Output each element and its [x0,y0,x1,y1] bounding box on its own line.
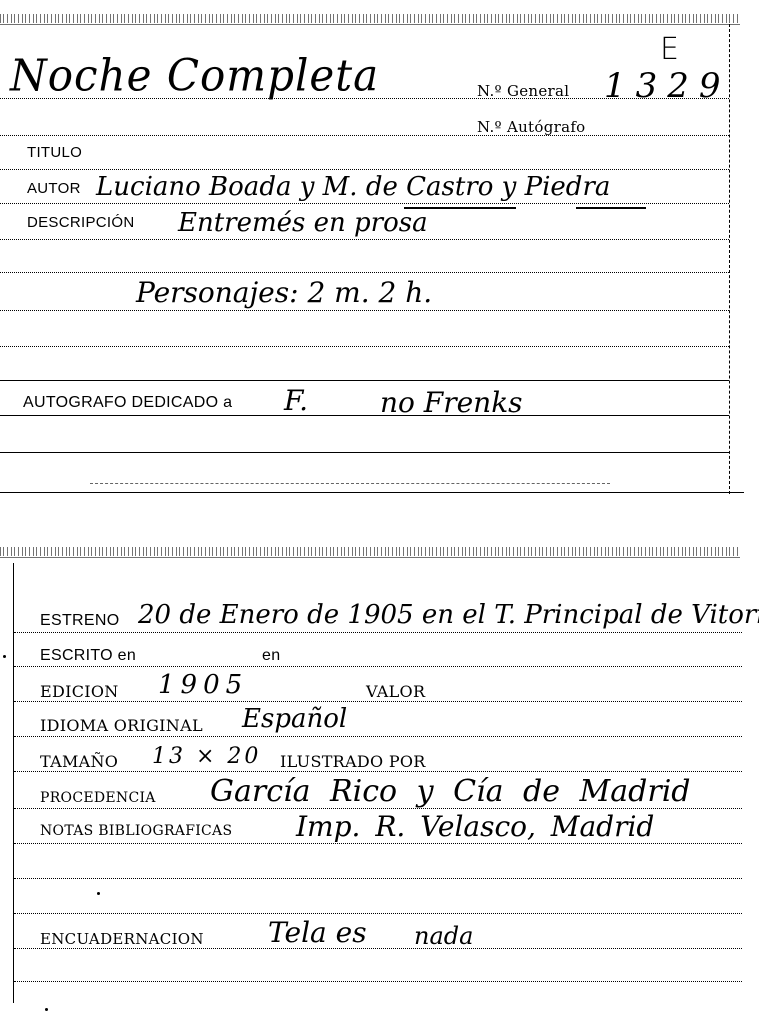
edicion-value: 1905 [158,670,248,700]
autografo-value-1: F. [284,384,308,417]
tamano-rule [14,771,742,772]
general-number-value: 1329 [604,66,731,106]
tamano-label: TAMAÑO [40,752,118,771]
scan-noise-bottom-edge [0,547,740,556]
estreno-value: 20 de Enero de 1905 en el T. Principal d… [138,600,759,630]
edicion-label: EDICION [40,682,119,701]
autor-label: AUTOR [27,180,81,197]
idioma-value: Español [242,704,347,734]
autografo-rule [0,415,729,416]
autor-underline-piedra [576,207,646,209]
escrito-en-label: en [262,647,280,665]
encuadernacion-label: ENCUADERNACION [40,930,204,948]
estreno-label: ESTRENO [40,612,119,630]
personajes-value: Personajes: 2 m. 2 h. [136,276,432,309]
blank-rule-5 [90,483,610,484]
descripcion-value: Entremés en prosa [178,208,428,238]
blank-rule-2 [0,346,729,347]
autograph-rule [0,135,729,136]
procedencia-value: García Rico y Cía de Madrid [210,774,691,809]
autograph-number-label: N.º Autógrafo [477,118,586,136]
encuadernacion-value-1: Tela es [268,916,367,949]
general-number-annotation: E [660,32,679,67]
idioma-rule [14,736,742,737]
ilustrado-label: ILUSTRADO POR [280,752,426,771]
idioma-label: IDIOMA ORIGINAL [40,716,203,735]
encuadernacion-rule [14,948,742,949]
titulo-rule [0,169,729,170]
blank-rule-3 [0,380,729,381]
descripcion-rule [0,239,729,240]
titulo-label: TITULO [27,144,82,161]
general-number-label: N.º General [477,82,569,100]
blank-rule-6 [14,878,742,879]
autor-value: Luciano Boada y M. de Castro y Piedra [96,172,610,202]
edicion-rule [14,701,742,702]
scan-speck [45,1008,48,1011]
blank-rule-4 [0,452,729,453]
notas-label: NOTAS BIBLIOGRAFICAS [40,823,232,839]
card-top-bottom-edge [0,492,744,493]
procedencia-label: PROCEDENCIA [40,790,156,806]
tamano-value: 13 × 20 [152,744,261,769]
title-handwritten: Noche Completa [10,50,379,101]
blank-rule-1 [0,272,729,273]
notas-value: Imp. R. Velasco, Madrid [296,810,654,843]
scan-speck [97,892,100,895]
valor-label: VALOR [366,682,425,701]
estreno-rule [14,632,742,633]
escrito-rule [14,666,742,667]
blank-rule-7 [14,913,742,914]
procedencia-rule [14,808,742,809]
encuadernacion-value-2: nada [414,922,473,950]
blank-rule-8 [14,981,742,982]
scan-noise-top-edge [0,14,740,23]
autor-rule [0,203,729,204]
autografo-label: AUTOGRAFO DEDICADO a [23,394,232,412]
scan-speck [3,655,6,658]
escrito-label: ESCRITO en [40,647,136,665]
personajes-rule [0,310,729,311]
notas-rule [14,843,742,844]
descripcion-label: DESCRIPCIÓN [27,214,134,231]
card-bottom-left-border [13,563,14,1003]
